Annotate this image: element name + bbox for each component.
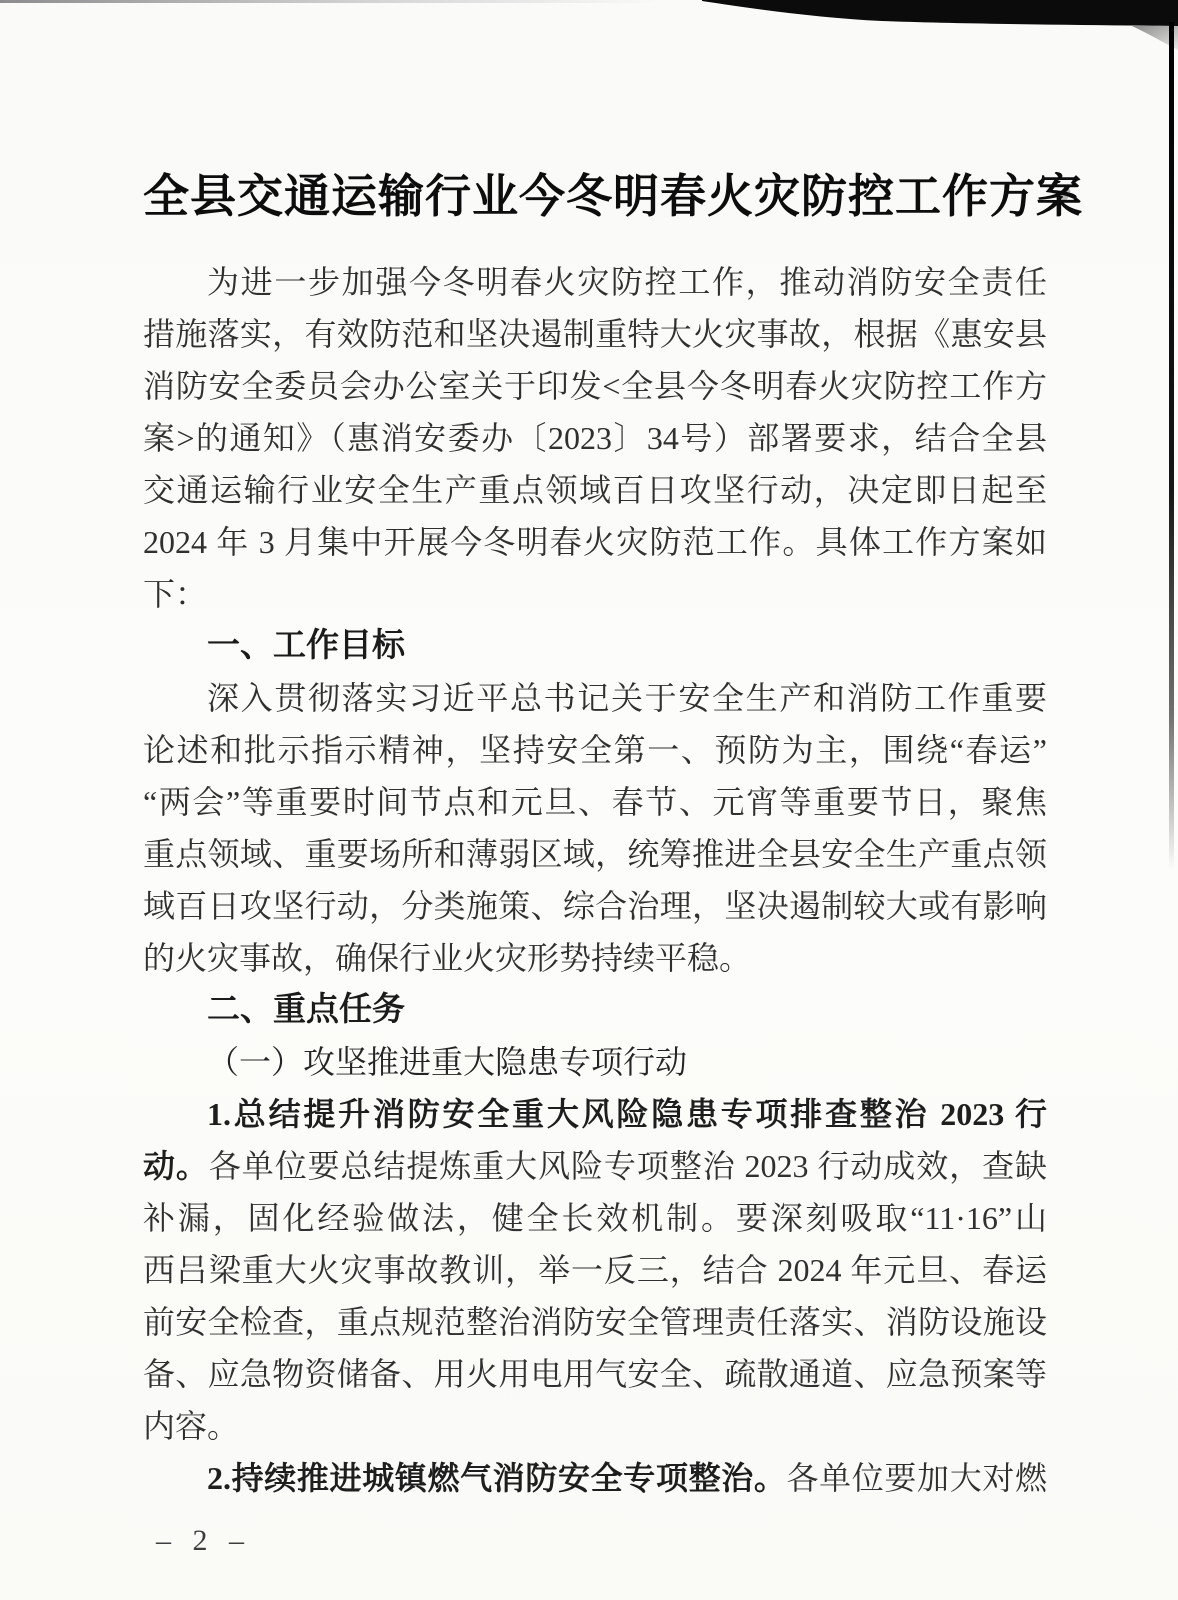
text-line: 为进一步加强今冬明春火灾防控工作，推动消防安全责任	[143, 256, 1047, 308]
body-text: （一）攻坚推进重大隐患专项行动	[207, 1044, 687, 1080]
text-line: 内容。	[143, 1400, 1047, 1452]
text-line: 交通运输行业安全生产重点领域百日攻坚行动，决定即日起至	[143, 464, 1047, 516]
page-number: – 2 –	[156, 1524, 251, 1558]
text-line: 域百日攻坚行动，分类施策、综合治理，坚决遏制较大或有影响	[143, 880, 1047, 932]
body-text: 补漏，固化经验做法，健全长效机制。要深刻吸取“11·16”山	[143, 1200, 1047, 1236]
body-text: 一、工作目标	[207, 628, 405, 664]
text-line: 消防安全委员会办公室关于印发<全县今冬明春火灾防控工作方	[143, 360, 1047, 412]
body-text: 交通运输行业安全生产重点领域百日攻坚行动，决定即日起至	[143, 472, 1047, 508]
body-text: 域百日攻坚行动，分类施策、综合治理，坚决遏制较大或有影响	[143, 888, 1047, 924]
body-text: 各单位要加大对燃	[787, 1460, 1047, 1496]
body-text: “两会”等重要时间节点和元旦、春节、元宵等重要节日，聚焦	[143, 784, 1047, 820]
body-text: 西吕梁重大火灾事故教训，举一反三，结合 2024 年元旦、春运	[143, 1252, 1047, 1288]
text-line: 2.持续推进城镇燃气消防安全专项整治。各单位要加大对燃	[143, 1452, 1047, 1504]
text-line: 措施落实，有效防范和坚决遏制重特大火灾事故，根据《惠安县	[143, 308, 1047, 360]
bold-lead-text: 1.总结提升消防安全重大风险隐患专项排查整治 2023 行	[207, 1096, 1047, 1132]
text-line: （一）攻坚推进重大隐患专项行动	[143, 1036, 1047, 1088]
text-line: 2024 年 3 月集中开展今冬明春火灾防范工作。具体工作方案如	[143, 516, 1047, 568]
text-line: 动。各单位要总结提炼重大风险专项整治 2023 行动成效，查缺	[143, 1140, 1047, 1192]
text-line: 前安全检查，重点规范整治消防安全管理责任落实、消防设施设	[143, 1296, 1047, 1348]
body-text: 消防安全委员会办公室关于印发<全县今冬明春火灾防控工作方	[143, 368, 1047, 404]
scan-artifact-top-left-streak	[0, 0, 660, 3]
text-line: “两会”等重要时间节点和元旦、春节、元宵等重要节日，聚焦	[143, 776, 1047, 828]
body-text: 前安全检查，重点规范整治消防安全管理责任落实、消防设施设	[143, 1304, 1047, 1340]
bold-lead-text: 2.持续推进城镇燃气消防安全专项整治。	[207, 1460, 787, 1496]
body-text: 下：	[143, 576, 207, 612]
body-text: 措施落实，有效防范和坚决遏制重特大火灾事故，根据《惠安县	[143, 316, 1047, 352]
body-text: 深入贯彻落实习近平总书记关于安全生产和消防工作重要	[207, 680, 1047, 716]
bold-lead-text: 动。	[143, 1148, 209, 1184]
text-line: 论述和批示指示精神，坚持安全第一、预防为主，围绕“春运”	[143, 724, 1047, 776]
body-text: 二、重点任务	[207, 992, 405, 1028]
document-title: 全县交通运输行业今冬明春火灾防控工作方案	[143, 160, 1047, 226]
body-text: 的火灾事故，确保行业火灾形势持续平稳。	[143, 940, 751, 976]
body-text: 2024 年 3 月集中开展今冬明春火灾防范工作。具体工作方案如	[143, 524, 1047, 560]
text-line: 二、重点任务	[143, 984, 1047, 1036]
body-text: 内容。	[143, 1408, 239, 1444]
text-line: 西吕梁重大火灾事故教训，举一反三，结合 2024 年元旦、春运	[143, 1244, 1047, 1296]
text-line: 的火灾事故，确保行业火灾形势持续平稳。	[143, 932, 1047, 984]
body-text: 重点领域、重要场所和薄弱区域，统筹推进全县安全生产重点领	[143, 836, 1047, 872]
scan-artifact-top-band	[0, 0, 1178, 60]
text-line: 深入贯彻落实习近平总书记关于安全生产和消防工作重要	[143, 672, 1047, 724]
body-text: 各单位要总结提炼重大风险专项整治 2023 行动成效，查缺	[209, 1148, 1047, 1184]
document-page: 全县交通运输行业今冬明春火灾防控工作方案 为进一步加强今冬明春火灾防控工作，推动…	[0, 0, 1178, 1600]
body-text: 案>的通知》（惠消安委办〔2023〕34号）部署要求，结合全县	[143, 420, 1047, 456]
body-text: 为进一步加强今冬明春火灾防控工作，推动消防安全责任	[207, 264, 1047, 300]
text-line: 案>的通知》（惠消安委办〔2023〕34号）部署要求，结合全县	[143, 412, 1047, 464]
text-lines: 为进一步加强今冬明春火灾防控工作，推动消防安全责任措施落实，有效防范和坚决遏制重…	[143, 256, 1047, 1504]
body-text: 论述和批示指示精神，坚持安全第一、预防为主，围绕“春运”	[143, 732, 1047, 768]
text-line: 1.总结提升消防安全重大风险隐患专项排查整治 2023 行	[143, 1088, 1047, 1140]
text-line: 补漏，固化经验做法，健全长效机制。要深刻吸取“11·16”山	[143, 1192, 1047, 1244]
scan-artifact-right-edge-line	[1169, 22, 1174, 870]
text-line: 重点领域、重要场所和薄弱区域，统筹推进全县安全生产重点领	[143, 828, 1047, 880]
text-line: 一、工作目标	[143, 620, 1047, 672]
text-line: 下：	[143, 568, 1047, 620]
text-line: 备、应急物资储备、用火用电用气安全、疏散通道、应急预案等	[143, 1348, 1047, 1400]
body-text: 备、应急物资储备、用火用电用气安全、疏散通道、应急预案等	[143, 1356, 1047, 1392]
